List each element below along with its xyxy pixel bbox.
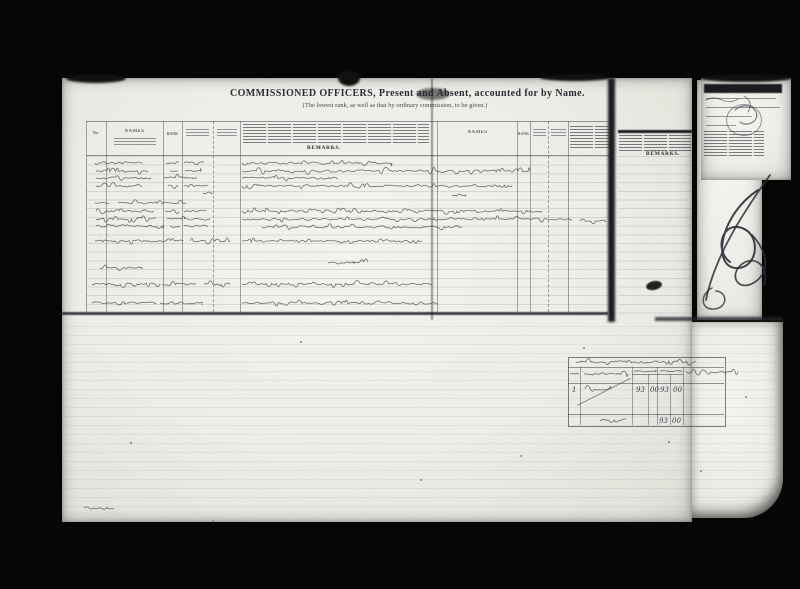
left-col5-header bbox=[217, 129, 237, 138]
page-title: COMMISSIONED OFFICERS, Present and Absen… bbox=[230, 88, 560, 99]
page-subtitle: (The lowest rank, as well as that by ord… bbox=[250, 102, 540, 109]
right-col-names-header: NAMES bbox=[449, 130, 506, 135]
left-col-names-header: NAMES bbox=[106, 129, 163, 134]
strip-ruled-lines bbox=[618, 156, 692, 318]
left-col-no-header: No. bbox=[87, 130, 105, 135]
summary-amount2-cents: 00 bbox=[673, 386, 682, 394]
right-instructions-paragraph bbox=[570, 126, 609, 148]
strip-instructions-paragraph bbox=[619, 135, 691, 151]
left-col4-header bbox=[186, 129, 209, 138]
summary-vline bbox=[683, 367, 684, 425]
summary-vline bbox=[648, 374, 649, 425]
center-fold-crease bbox=[431, 78, 433, 320]
left-instructions-paragraph bbox=[243, 124, 429, 143]
torn-edge-blotch bbox=[700, 74, 792, 82]
corner-form-line bbox=[706, 98, 776, 101]
right-col5-header bbox=[551, 129, 566, 138]
circular-stamp bbox=[726, 104, 762, 136]
torn-edge-blotch bbox=[338, 70, 360, 86]
speck bbox=[700, 470, 702, 472]
summary-amount1-cents: 00 bbox=[650, 386, 659, 394]
summary-vline bbox=[580, 367, 581, 425]
right-col4-header bbox=[533, 129, 546, 138]
torn-edge-blotch bbox=[540, 74, 610, 81]
summary-total-dollars: 93 bbox=[659, 417, 668, 425]
left-col-rank-header: RANK bbox=[163, 131, 182, 136]
right-fold-heavy-rule bbox=[655, 317, 783, 321]
strip-printed-band bbox=[618, 130, 692, 133]
speck bbox=[130, 442, 132, 444]
summary-total-cents: 00 bbox=[672, 417, 681, 425]
right-col-rank-header: RANK bbox=[517, 131, 530, 136]
speck bbox=[520, 455, 522, 457]
speck bbox=[745, 396, 747, 398]
summary-amount2-dollars: 93 bbox=[660, 386, 669, 394]
names-column-note bbox=[114, 138, 156, 145]
corner-instructions-paragraph bbox=[704, 131, 764, 157]
summary-hline bbox=[568, 414, 724, 415]
table-top-rule bbox=[86, 121, 610, 122]
summary-vline bbox=[657, 367, 658, 425]
summary-hline bbox=[568, 383, 724, 384]
speck bbox=[583, 347, 585, 349]
upper-table-ruled-lines bbox=[86, 156, 610, 312]
table-bottom-heavy-rule bbox=[62, 312, 608, 315]
left-remarks-header: REMARKS. bbox=[294, 145, 354, 151]
speck bbox=[420, 479, 422, 481]
corner-title-band bbox=[704, 84, 782, 93]
torn-edge-blotch bbox=[66, 74, 126, 83]
speck bbox=[300, 341, 302, 343]
summary-vline bbox=[670, 374, 671, 425]
right-fold-dark-line bbox=[608, 78, 615, 322]
summary-row-no: 1 bbox=[572, 386, 576, 394]
scanned-document-page: COMMISSIONED OFFICERS, Present and Absen… bbox=[0, 0, 800, 589]
speck bbox=[668, 441, 670, 443]
summary-amount1-dollars: 93 bbox=[636, 386, 645, 394]
summary-vline bbox=[632, 367, 633, 425]
summary-hline bbox=[568, 367, 724, 368]
speck bbox=[212, 520, 214, 522]
